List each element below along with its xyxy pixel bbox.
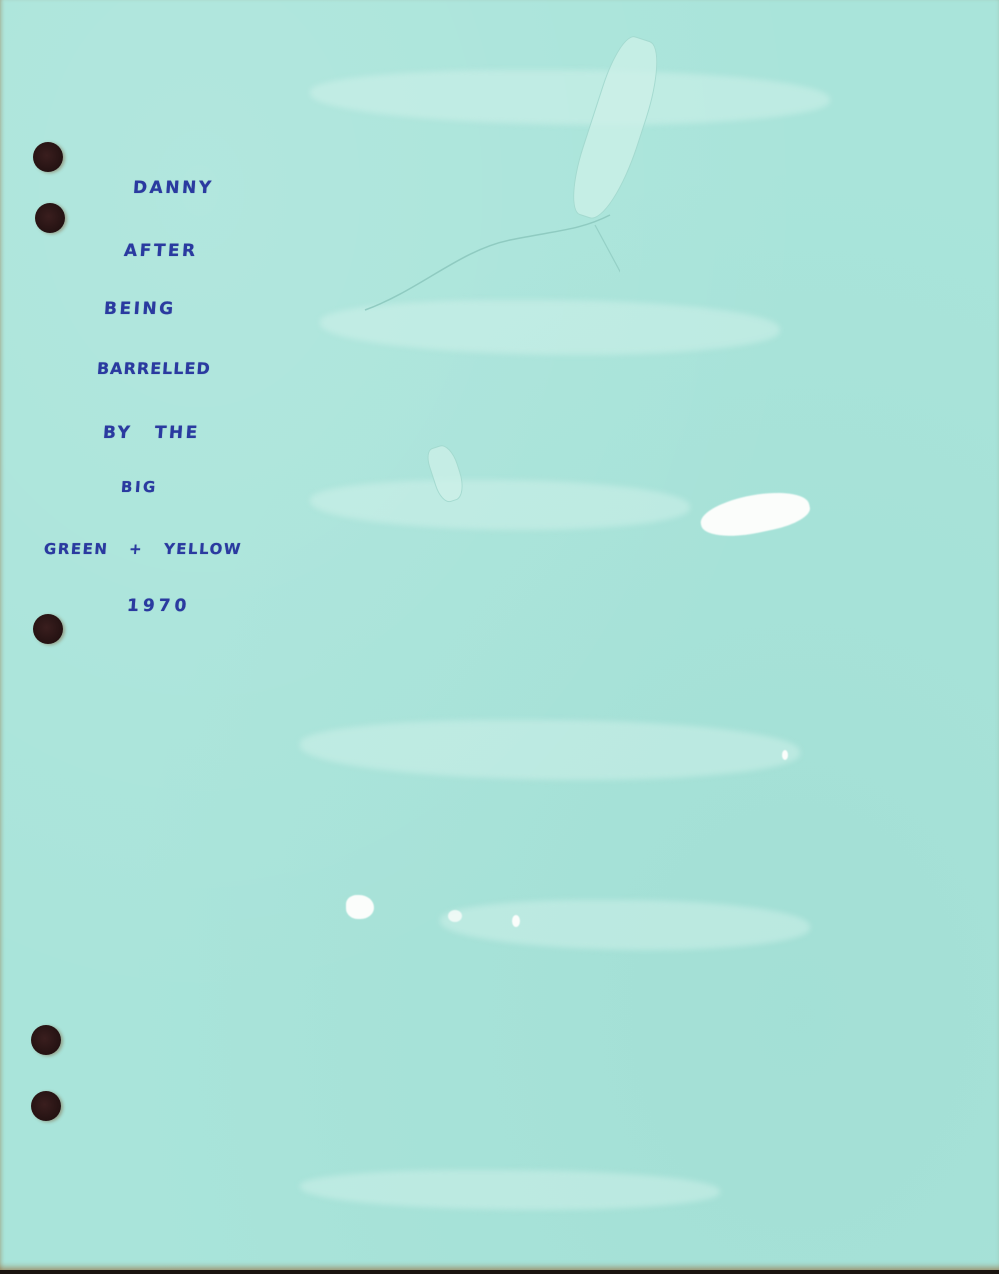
glue-residue	[300, 1170, 720, 1210]
caption-line: BY THE	[102, 423, 200, 443]
torn-spot	[697, 484, 812, 544]
caption-line: BARRELLED	[96, 359, 211, 378]
glue-residue	[310, 70, 830, 125]
caption-line-name: DANNY	[132, 178, 214, 198]
caption-line: GREEN + YELLOW	[43, 540, 242, 558]
glue-residue	[440, 900, 810, 950]
caption-line: AFTER	[123, 241, 198, 261]
torn-spot	[346, 895, 374, 919]
glue-residue	[300, 720, 800, 780]
punch-hole-icon	[35, 203, 65, 233]
caption-line: BIG	[120, 478, 158, 496]
punch-hole-icon	[33, 142, 63, 172]
punch-hole-icon	[33, 614, 63, 644]
torn-spot	[448, 910, 462, 922]
album-page: DANNY AFTER BEING BARRELLED BY THE BIG G…	[0, 0, 999, 1270]
torn-spot	[512, 915, 520, 927]
caption-line-year: 1970	[126, 596, 191, 616]
caption-line: BEING	[103, 299, 176, 319]
glue-residue	[310, 480, 690, 530]
paper-tear	[562, 32, 669, 226]
punch-hole-icon	[31, 1025, 61, 1055]
punch-hole-icon	[31, 1091, 61, 1121]
torn-spot	[782, 750, 788, 760]
crease-line	[360, 210, 620, 320]
